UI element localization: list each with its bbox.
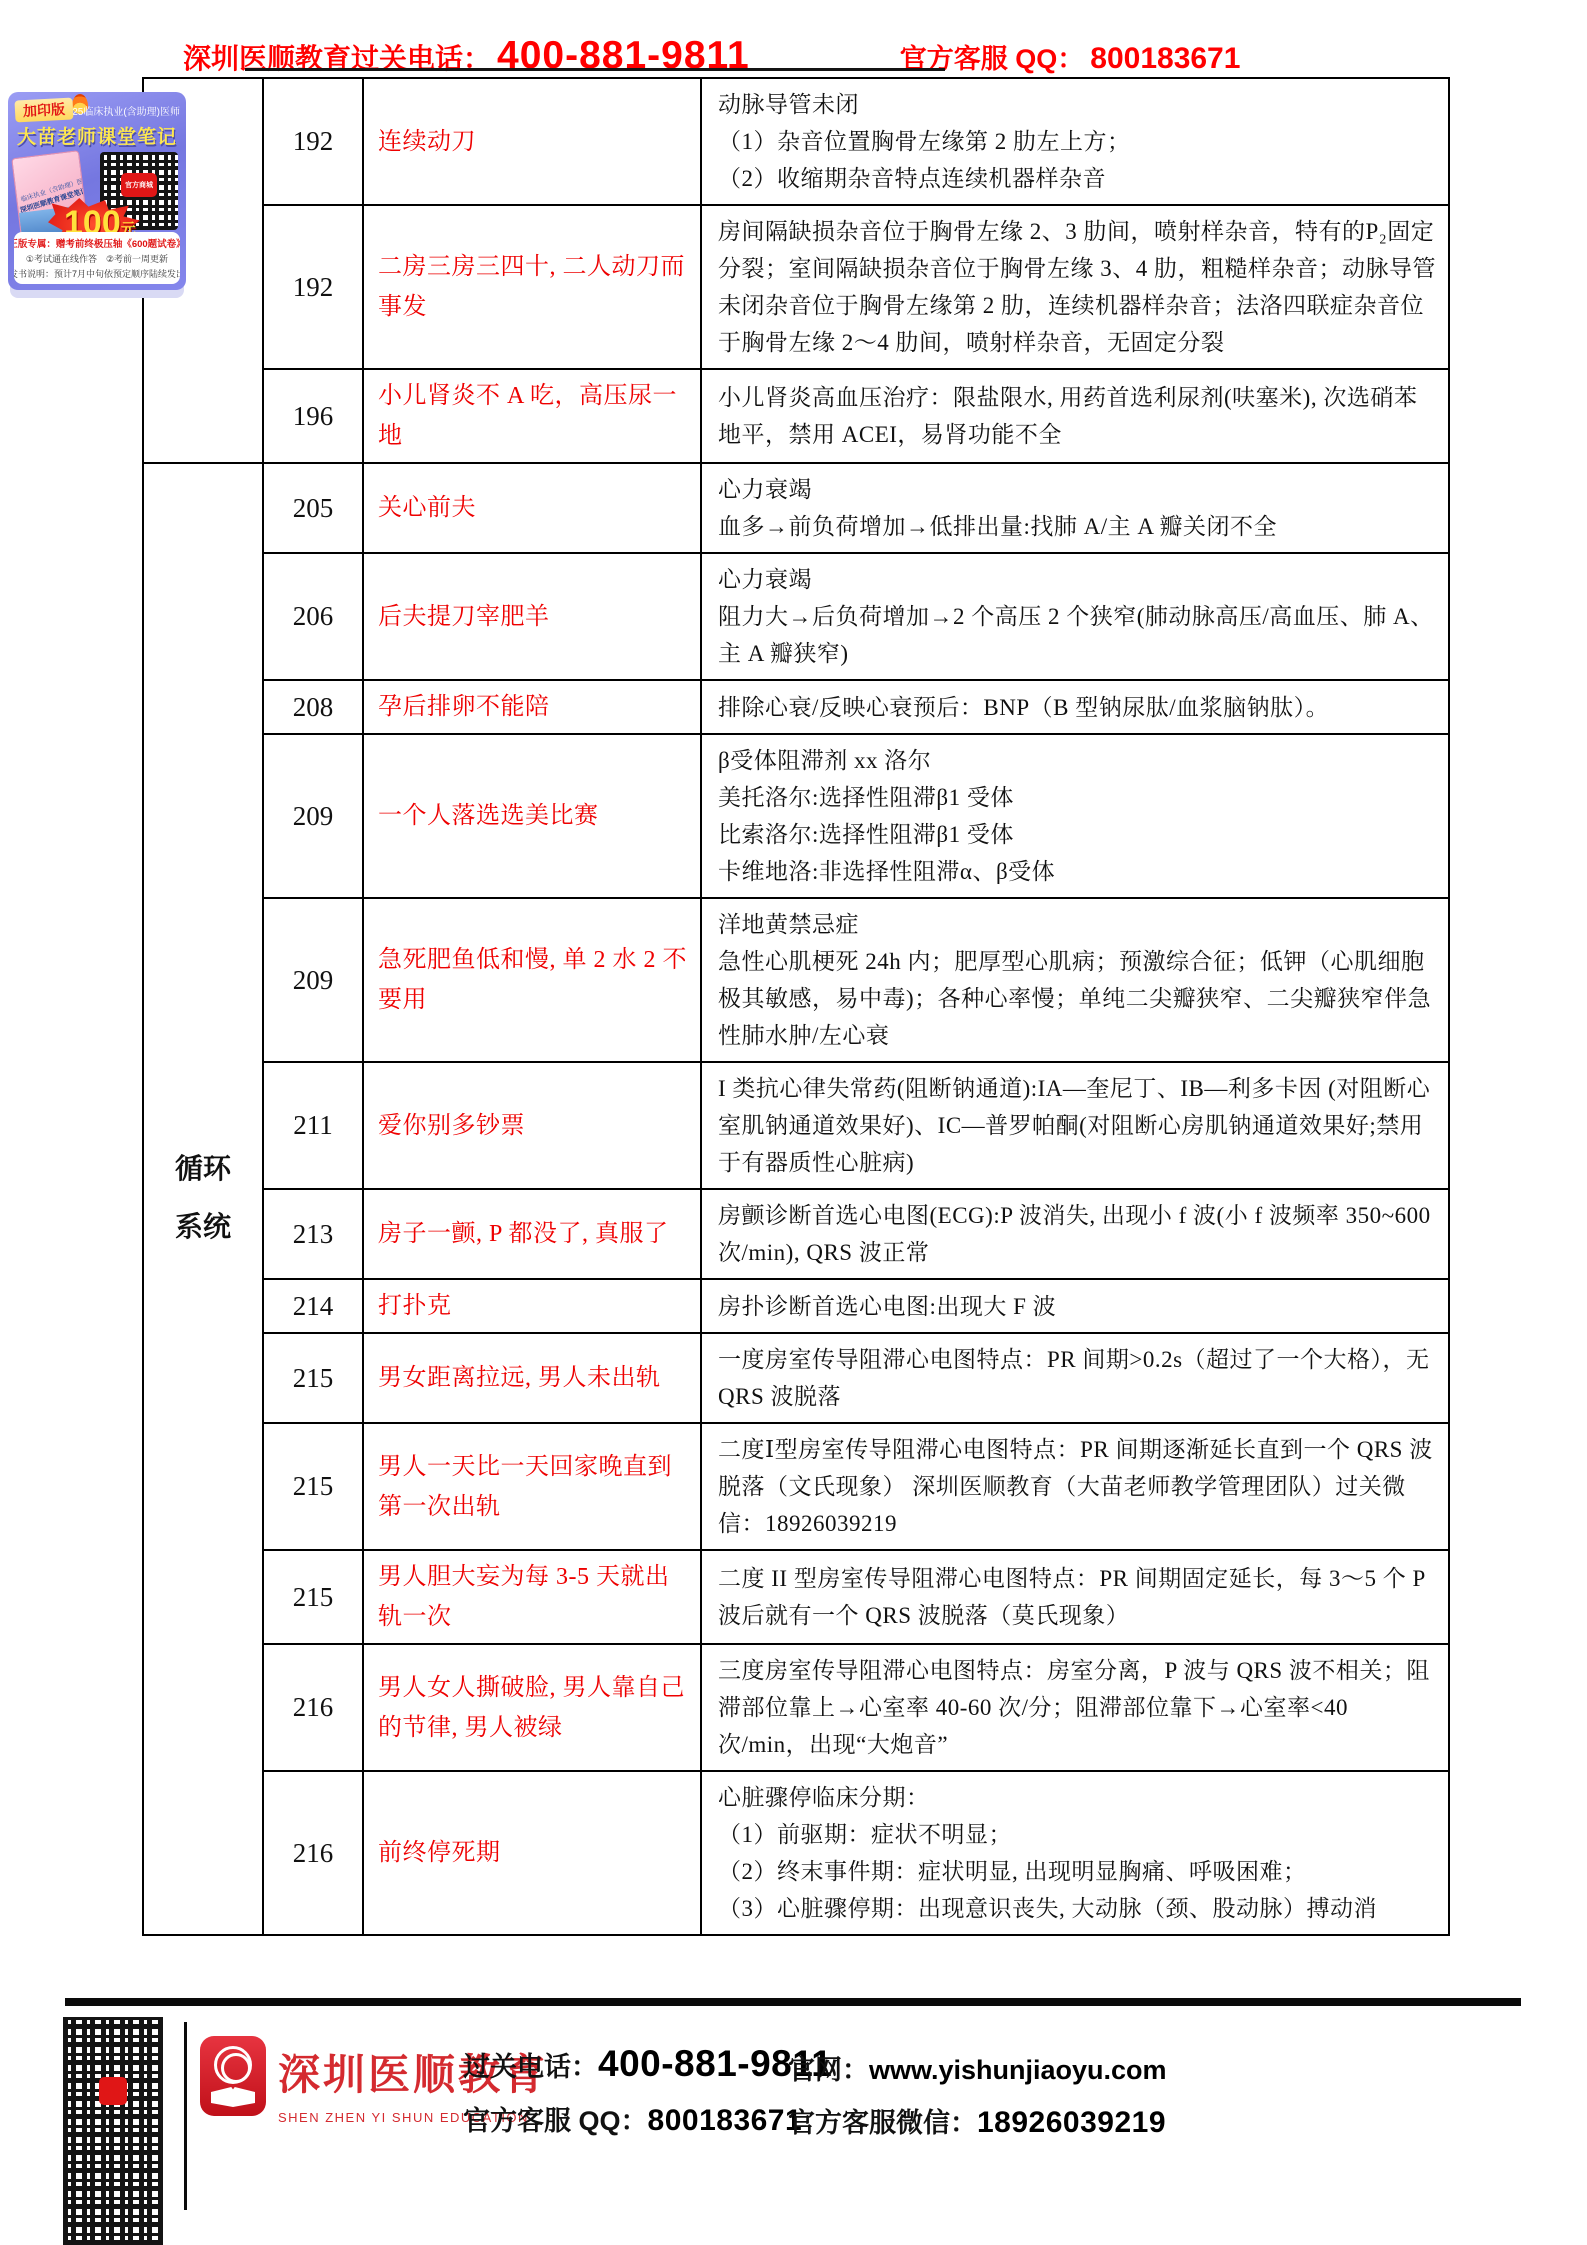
footer-site-url: www.yishunjiaoyu.com [869,2055,1167,2086]
promo-note-line1: 正版专属：赠考前终极压轴《600题试卷》 [14,236,180,250]
page-number: 209 [263,734,363,898]
content-cell: 心力衰竭阻力大→后负荷增加→2 个高压 2 个狭窄(肺动脉高压/高血压、肺 A、… [701,553,1449,680]
content-cell: 小儿肾炎高血压治疗：限盐限水, 用药首选利尿剂(呋塞米), 次选硝苯地平，禁用 … [701,369,1449,463]
notes-table-body: 192 连续动刀 动脉导管未闭（1）杂音位置胸骨左缘第 2 肋左上方；（2）收缩… [143,78,1449,1935]
page-number: 215 [263,1333,363,1423]
table-row: 206 后夫提刀宰肥羊 心力衰竭阻力大→后负荷增加→2 个高压 2 个狭窄(肺动… [143,553,1449,680]
table-row: 214 打扑克 房扑诊断首选心电图:出现大 F 波 [143,1279,1449,1333]
page-number: 211 [263,1062,363,1189]
content-cell: 房扑诊断首选心电图:出现大 F 波 [701,1279,1449,1333]
content-line: 卡维地洛:非选择性阻滞α、β受体 [718,853,1438,890]
content-line: I 类抗心律失常药(阻断钠通道):IA—奎尼丁、IB—利多卡因 (对阻断心室肌钠… [718,1070,1438,1181]
page-number: 209 [263,898,363,1062]
content-line: 二度 II 型房室传导阻滞心电图特点：PR 间期固定延长，每 3～5 个 P 波… [718,1560,1438,1634]
page-number: 196 [263,369,363,463]
mnemonic: 二房三房三四十, 二人动刀而事发 [363,205,701,369]
content-line: 心脏骤停临床分期： [718,1779,1438,1816]
content-line: （1）杂音位置胸骨左缘第 2 肋左上方； [718,123,1438,160]
content-cell: 房颤诊断首选心电图(ECG):P 波消失, 出现小 f 波(小 f 波频率 35… [701,1189,1449,1279]
page-number: 215 [263,1550,363,1644]
table-row: 216 男人女人撕破脸, 男人靠自己的节律, 男人被绿 三度房室传导阻滞心电图特… [143,1644,1449,1771]
page-header: 深圳医顺教育过关电话： 400-881-9811 官方客服 QQ： 800183… [183,34,1423,78]
page-number: 192 [263,205,363,369]
mnemonic: 后夫提刀宰肥羊 [363,553,701,680]
table-row: 215 男人一天比一天回家晚直到第一次出轨 二度Ⅰ型房室传导阻滞心电图特点：PR… [143,1423,1449,1550]
logo-knot-icon [214,2046,252,2084]
promo-banner: 加印版 2025临床执业(含助理)医师 大苗老师课堂笔记 临床执业（含助理）医师… [8,92,186,290]
content-line: （2）收缩期杂音特点连续机器样杂音 [718,160,1438,197]
category-cell: 循环系统 [143,463,263,1935]
page-number: 216 [263,1644,363,1771]
mnemonic: 一个人落选选美比赛 [363,734,701,898]
page-number: 192 [263,78,363,205]
table-row: 209 一个人落选选美比赛 β受体阻滞剂 xx 洛尔美托洛尔:选择性阻滞β1 受… [143,734,1449,898]
content-cell: I 类抗心律失常药(阻断钠通道):IA—奎尼丁、IB—利多卡因 (对阻断心室肌钠… [701,1062,1449,1189]
table-row: 216 前终停死期 心脏骤停临床分期：（1）前驱期：症状不明显；（2）终末事件期… [143,1771,1449,1935]
content-line: 阻力大→后负荷增加→2 个高压 2 个狭窄(肺动脉高压/高血压、肺 A、主 A … [718,598,1438,672]
mnemonic: 关心前夫 [363,463,701,553]
footer-qr-logo-icon [99,2077,127,2105]
yishun-logo-icon [200,2036,266,2116]
mnemonic: 男人女人撕破脸, 男人靠自己的节律, 男人被绿 [363,1644,701,1771]
content-line: （2）终末事件期：症状明显, 出现明显胸痛、呼吸困难； [718,1853,1438,1890]
table-row: 208 孕后排卵不能陪 排除心衰/反映心衰预后：BNP（B 型钠尿肽/血浆脑钠肽… [143,680,1449,734]
mnemonic: 房子一颤, P 都没了, 真服了 [363,1189,701,1279]
footer-phone-label: 过关电话： [463,2045,598,2084]
mnemonic: 男人一天比一天回家晚直到第一次出轨 [363,1423,701,1550]
mnemonic: 打扑克 [363,1279,701,1333]
header-underline [245,68,945,71]
table-row: 209 急死肥鱼低和慢, 单 2 水 2 不要用 洋地黄禁忌症急性心肌梗死 24… [143,898,1449,1062]
promo-note-line2: ①考试通在线作答 ②考前一周更新 [26,252,168,265]
header-phone-label: 深圳医顺教育过关电话： [183,37,491,77]
content-cell: 排除心衰/反映心衰预后：BNP（B 型钠尿肽/血浆脑钠肽）。 [701,680,1449,734]
content-line: （3）心脏骤停期：出现意识丧失, 大动脉（颈、股动脉）搏动消 [718,1890,1438,1927]
table-row: 211 爱你别多钞票 I 类抗心律失常药(阻断钠通道):IA—奎尼丁、IB—利多… [143,1062,1449,1189]
footer-divider-bar [65,1998,1521,2006]
promo-title: 大苗老师课堂笔记 [8,122,186,149]
promo-note-box: 正版专属：赠考前终极压轴《600题试卷》 ①考试通在线作答 ②考前一周更新 发书… [14,232,180,284]
footer-qr-code [63,2017,163,2245]
content-line: 心力衰竭 [718,561,1438,598]
document-page: 深圳医顺教育过关电话： 400-881-9811 官方客服 QQ： 800183… [0,0,1587,2245]
content-line: （1）前驱期：症状不明显； [718,1816,1438,1853]
mnemonic: 男人胆大妄为每 3-5 天就出轨一次 [363,1550,701,1644]
table-row: 循环系统 205 关心前夫 心力衰竭血多→前负荷增加→低排出量:找肺 A/主 A… [143,463,1449,553]
content-line: 小儿肾炎高血压治疗：限盐限水, 用药首选利尿剂(呋塞米), 次选硝苯地平，禁用 … [718,379,1438,453]
mnemonic: 男女距离拉远, 男人未出轨 [363,1333,701,1423]
content-cell: β受体阻滞剂 xx 洛尔美托洛尔:选择性阻滞β1 受体比索洛尔:选择性阻滞β1 … [701,734,1449,898]
mnemonic: 急死肥鱼低和慢, 单 2 水 2 不要用 [363,898,701,1062]
header-qq-number: 800183671 [1090,42,1240,76]
header-phone-number: 400-881-9811 [497,34,750,78]
content-cell: 三度房室传导阻滞心电图特点：房室分离，P 波与 QRS 波不相关；阻滞部位靠上→… [701,1644,1449,1771]
footer-contact-web-block: 官网： www.yishunjiaoyu.com 官方客服微信： 1892603… [788,2048,1167,2154]
footer-wechat-label: 官方客服微信： [788,2101,977,2140]
content-line: 洋地黄禁忌症 [718,906,1438,943]
page-number: 215 [263,1423,363,1550]
content-line: 比索洛尔:选择性阻滞β1 受体 [718,816,1438,853]
table-row: 192 连续动刀 动脉导管未闭（1）杂音位置胸骨左缘第 2 肋左上方；（2）收缩… [143,78,1449,205]
table-row: 215 男人胆大妄为每 3-5 天就出轨一次 二度 II 型房室传导阻滞心电图特… [143,1550,1449,1644]
content-line: 房颤诊断首选心电图(ECG):P 波消失, 出现小 f 波(小 f 波频率 35… [718,1197,1438,1271]
footer-contact-phone-block: 过关电话： 400-881-9811 官方客服 QQ： 800183671 [463,2043,832,2152]
content-cell: 二度 II 型房室传导阻滞心电图特点：PR 间期固定延长，每 3～5 个 P 波… [701,1550,1449,1644]
mnemonic: 孕后排卵不能陪 [363,680,701,734]
content-cell: 动脉导管未闭（1）杂音位置胸骨左缘第 2 肋左上方；（2）收缩期杂音特点连续机器… [701,78,1449,205]
page-number: 216 [263,1771,363,1935]
content-line: 房扑诊断首选心电图:出现大 F 波 [718,1288,1438,1325]
content-line: 血多→前负荷增加→低排出量:找肺 A/主 A 瓣关闭不全 [718,508,1438,545]
page-number: 214 [263,1279,363,1333]
content-line: 二度Ⅰ型房室传导阻滞心电图特点：PR 间期逐渐延长直到一个 QRS 波脱落（文氏… [718,1431,1438,1542]
content-line: β受体阻滞剂 xx 洛尔 [718,742,1438,779]
content-line: 三度房室传导阻滞心电图特点：房室分离，P 波与 QRS 波不相关；阻滞部位靠上→… [718,1652,1438,1763]
content-line: 美托洛尔:选择性阻滞β1 受体 [718,779,1438,816]
footer-qq-number: 800183671 [648,2104,803,2138]
content-cell: 一度房室传导阻滞心电图特点：PR 间期>0.2s（超过了一个大格），无 QRS … [701,1333,1449,1423]
footer-qq-label: 官方客服 QQ： [463,2099,648,2138]
content-line: 房间隔缺损杂音位于胸骨左缘 2、3 肋间，喷射样杂音，特有的P₂固定分裂；室间隔… [718,213,1438,361]
content-cell: 二度Ⅰ型房室传导阻滞心电图特点：PR 间期逐渐延长直到一个 QRS 波脱落（文氏… [701,1423,1449,1550]
mnemonic: 连续动刀 [363,78,701,205]
official-shop-badge: 官方商城 [121,173,157,197]
content-cell: 心脏骤停临床分期：（1）前驱期：症状不明显；（2）终末事件期：症状明显, 出现明… [701,1771,1449,1935]
footer-wechat-number: 18926039219 [977,2106,1166,2140]
promo-exam-line: 2025临床执业(含助理)医师 [61,103,180,118]
table-row: 215 男女距离拉远, 男人未出轨 一度房室传导阻滞心电图特点：PR 间期>0.… [143,1333,1449,1423]
content-line: 急性心肌梗死 24h 内；肥厚型心肌病；预激综合征；低钾（心肌细胞极其敏感，易中… [718,943,1438,1054]
logo-book-icon [211,2087,255,2107]
promo-reprint-badge: 加印版 [14,97,73,122]
footer-vertical-divider [184,2022,187,2210]
promo-note-line3: 发书说明：预计7月中旬依预定顺序陆续发出 [14,267,180,280]
table-row: 192 二房三房三四十, 二人动刀而事发 房间隔缺损杂音位于胸骨左缘 2、3 肋… [143,205,1449,369]
page-number: 205 [263,463,363,553]
page-number: 213 [263,1189,363,1279]
mnemonic: 小儿肾炎不 A 吃，高压尿一地 [363,369,701,463]
content-cell: 心力衰竭血多→前负荷增加→低排出量:找肺 A/主 A 瓣关闭不全 [701,463,1449,553]
mnemonic: 前终停死期 [363,1771,701,1935]
footer-site-label: 官网： [788,2048,869,2087]
content-cell: 房间隔缺损杂音位于胸骨左缘 2、3 肋间，喷射样杂音，特有的P₂固定分裂；室间隔… [701,205,1449,369]
content-cell: 洋地黄禁忌症急性心肌梗死 24h 内；肥厚型心肌病；预激综合征；低钾（心肌细胞极… [701,898,1449,1062]
table-row: 196 小儿肾炎不 A 吃，高压尿一地 小儿肾炎高血压治疗：限盐限水, 用药首选… [143,369,1449,463]
page-number: 206 [263,553,363,680]
official-shop-label: 官方商城 [125,180,153,190]
mnemonic: 爱你别多钞票 [363,1062,701,1189]
content-line: 排除心衰/反映心衰预后：BNP（B 型钠尿肽/血浆脑钠肽）。 [718,689,1438,726]
content-line: 动脉导管未闭 [718,86,1438,123]
content-line: 一度房室传导阻滞心电图特点：PR 间期>0.2s（超过了一个大格），无 QRS … [718,1341,1438,1415]
content-line: 心力衰竭 [718,471,1438,508]
table-row: 213 房子一颤, P 都没了, 真服了 房颤诊断首选心电图(ECG):P 波消… [143,1189,1449,1279]
page-number: 208 [263,680,363,734]
category-label: 循环系统 [173,1141,233,1257]
mnemonic-notes-table: 192 连续动刀 动脉导管未闭（1）杂音位置胸骨左缘第 2 肋左上方；（2）收缩… [142,77,1450,1936]
